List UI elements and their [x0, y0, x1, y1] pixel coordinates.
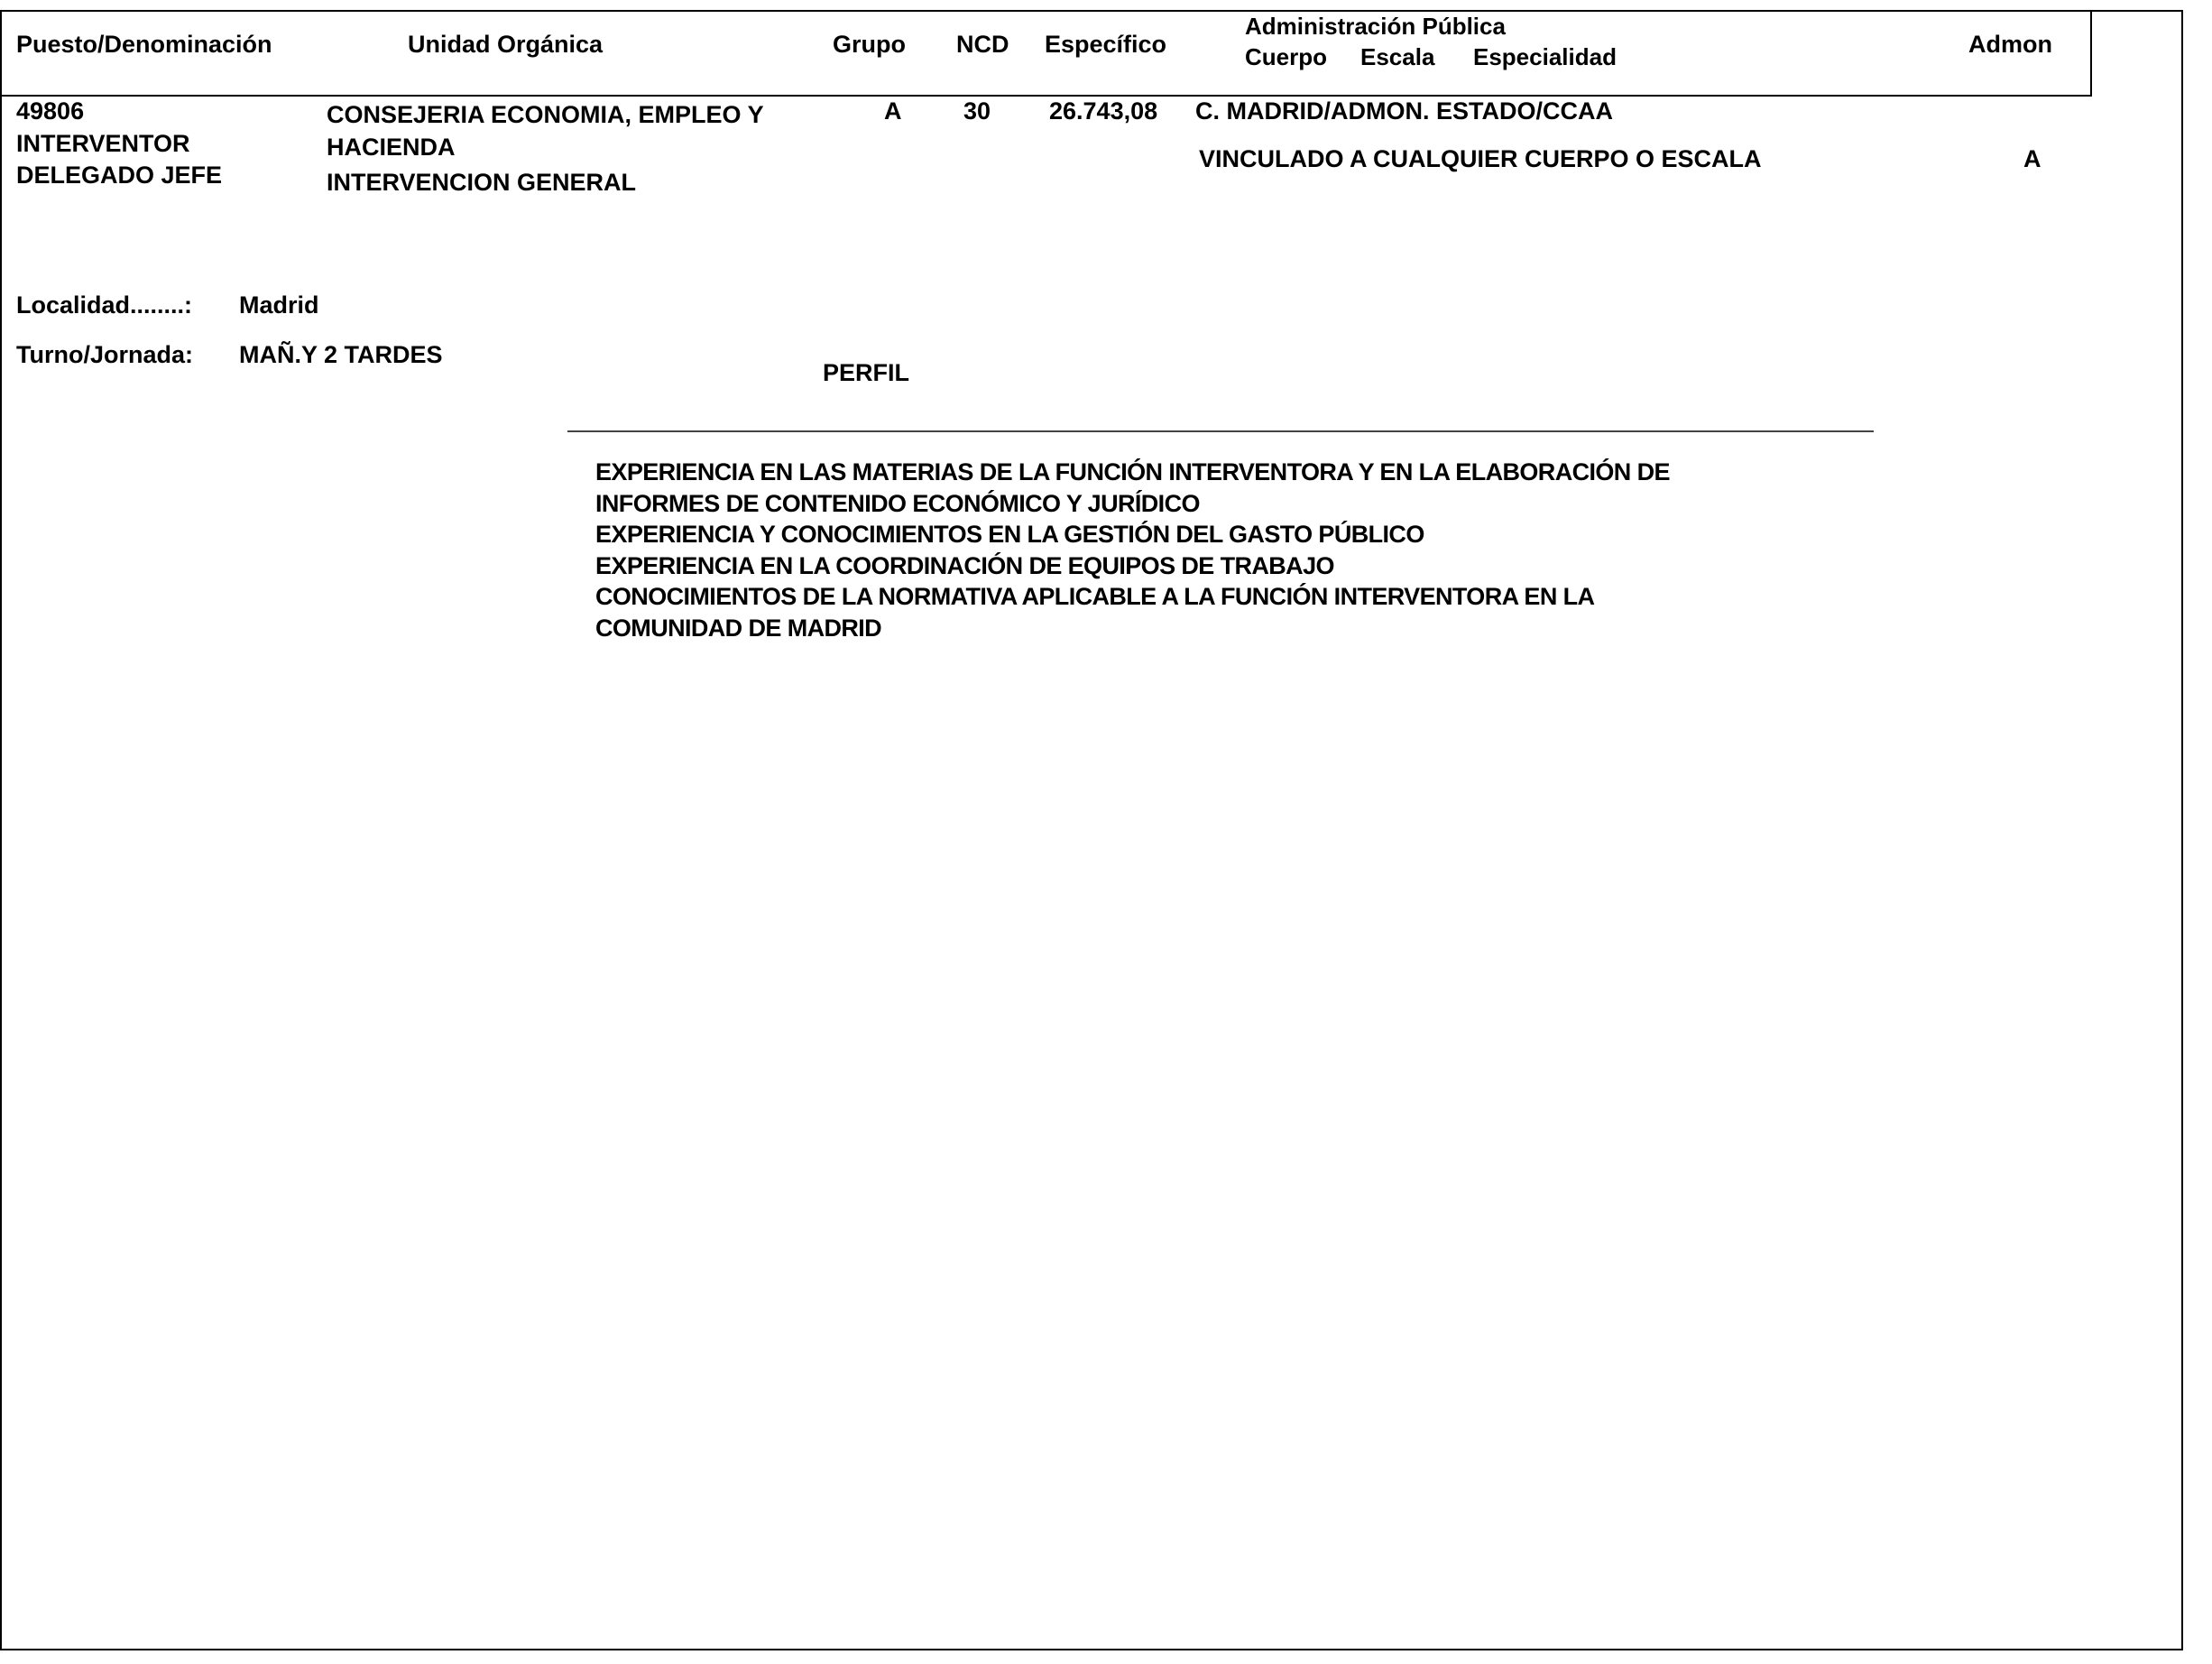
localidad-label: Localidad........: — [16, 293, 192, 318]
grupo-value: A — [884, 99, 902, 124]
admon-value: A — [2023, 147, 2041, 171]
localidad-value: Madrid — [239, 293, 319, 318]
puesto-codigo: 49806 — [16, 99, 84, 124]
unidad-line3: INTERVENCION GENERAL — [327, 171, 636, 195]
unidad-line1: CONSEJERIA ECONOMIA, EMPLEO Y — [327, 103, 764, 127]
perfil-line: CONOCIMIENTOS DE LA NORMATIVA APLICABLE … — [595, 581, 1670, 613]
puesto-denominacion-line1: INTERVENTOR — [16, 132, 190, 156]
unidad-line2: HACIENDA — [327, 135, 456, 160]
document-frame — [0, 10, 2183, 1650]
header-puesto: Puesto/Denominación — [16, 32, 272, 57]
perfil-list: EXPERIENCIA EN LAS MATERIAS DE LA FUNCIÓ… — [595, 457, 1670, 643]
header-cuerpo: Cuerpo — [1245, 45, 1327, 69]
header-unidad: Unidad Orgánica — [408, 32, 603, 57]
header-admon: Admon — [1968, 32, 2052, 57]
perfil-divider — [567, 430, 1874, 432]
header-especifico: Específico — [1045, 32, 1166, 57]
ncd-value: 30 — [963, 99, 991, 124]
header-especialidad: Especialidad — [1473, 45, 1617, 69]
perfil-line: EXPERIENCIA Y CONOCIMIENTOS EN LA GESTIÓ… — [595, 519, 1670, 550]
header-escala: Escala — [1360, 45, 1434, 69]
cuerpo-escala-value: VINCULADO A CUALQUIER CUERPO O ESCALA — [1199, 147, 1762, 171]
perfil-line: COMUNIDAD DE MADRID — [595, 613, 1670, 644]
header-administracion: Administración Pública — [1245, 14, 1506, 38]
perfil-line: EXPERIENCIA EN LA COORDINACIÓN DE EQUIPO… — [595, 550, 1670, 582]
turno-label: Turno/Jornada: — [16, 343, 193, 367]
perfil-line: INFORMES DE CONTENIDO ECONÓMICO Y JURÍDI… — [595, 488, 1670, 520]
perfil-line: EXPERIENCIA EN LAS MATERIAS DE LA FUNCIÓ… — [595, 457, 1670, 488]
administracion-value: C. MADRID/ADMON. ESTADO/CCAA — [1195, 99, 1613, 124]
turno-value: MAÑ.Y 2 TARDES — [239, 343, 443, 367]
header-ncd: NCD — [956, 32, 1009, 57]
puesto-denominacion-line2: DELEGADO JEFE — [16, 163, 222, 188]
perfil-title: PERFIL — [823, 361, 909, 385]
especifico-value: 26.743,08 — [1049, 99, 1157, 124]
header-grupo: Grupo — [833, 32, 906, 57]
